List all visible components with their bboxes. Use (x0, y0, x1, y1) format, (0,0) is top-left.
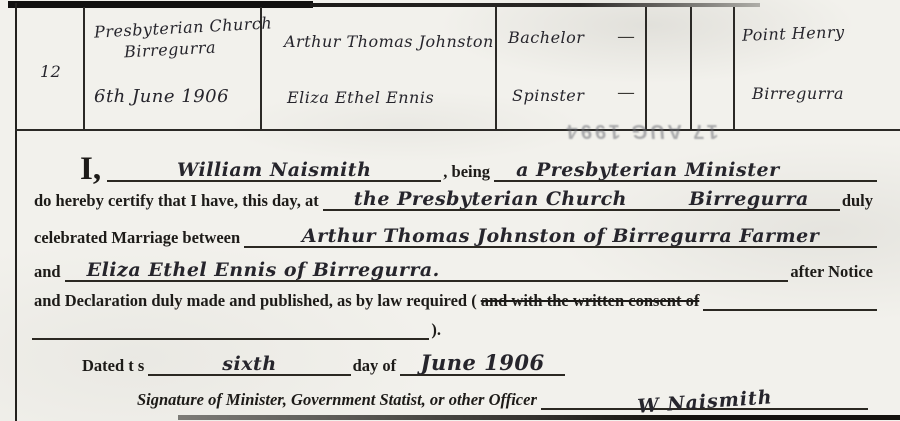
day-word: sixth (222, 355, 276, 374)
printed-after-notice: after Notice (788, 262, 877, 282)
printed-certify: do hereby certify that I have, this day,… (32, 191, 323, 211)
condition-dash-1: — (618, 28, 634, 46)
line-consent-close: ). (32, 318, 445, 340)
line-minister: I, William Naismith , being a Presbyteri… (32, 150, 877, 182)
column-divider-1 (83, 7, 85, 130)
minister-name: William Naismith (177, 161, 371, 180)
left-border (15, 3, 17, 421)
groom-full-line: Arthur Thomas Johnston of Birregurra Far… (302, 227, 819, 246)
line-certify: do hereby certify that I have, this day,… (32, 184, 877, 211)
line-declaration: and Declaration duly made and published,… (32, 284, 877, 311)
marriage-date: 6th June 1906 (94, 86, 229, 107)
printed-day-of: day of (351, 356, 401, 376)
bride-full-line: Eliza Ethel Ennis of Birregurra. (87, 261, 440, 280)
top-border-heavy (8, 1, 313, 8)
printed-being: , being (441, 162, 494, 182)
place-rule: the Presbyterian Church Birregurra (323, 182, 840, 211)
printed-celebrated: celebrated Marriage between (32, 228, 244, 248)
groom-condition: Bachelor (508, 28, 584, 47)
consent-rule-2 (32, 316, 429, 340)
bride-name: Eliza Ethel Ennis (287, 88, 434, 107)
bride-rule: Eliza Ethel Ennis of Birregurra. (65, 253, 789, 282)
bottom-border (178, 415, 900, 420)
entry-number: 12 (40, 62, 61, 81)
groom-name: Arthur Thomas Johnston (284, 32, 494, 51)
minister-signature: W Naismith (636, 388, 772, 416)
groom-residence: Point Henry (742, 22, 845, 45)
month-year-rule: June 1906 (400, 344, 565, 376)
printed-i: I, (32, 156, 107, 182)
minister-title-rule: a Presbyterian Minister (494, 148, 877, 182)
signature-label: Signature of Minister, Government Statis… (137, 390, 541, 410)
printed-close-paren: ). (429, 320, 445, 340)
line-bride: and Eliza Ethel Ennis of Birregurra. aft… (32, 255, 877, 282)
place-town: Birregurra (689, 190, 809, 209)
register-row-bottom-rule (15, 129, 900, 131)
church-place: Birregurra (124, 38, 217, 62)
date-stamp: 17 AUG 1994 (557, 110, 724, 142)
bride-residence: Birregurra (752, 84, 844, 103)
consent-rule (703, 282, 877, 311)
printed-dated: Dated t s (80, 356, 148, 376)
minister-title: a Presbyterian Minister (516, 161, 780, 180)
top-border-fade (310, 3, 760, 7)
printed-and: and (32, 262, 65, 282)
place-church: the Presbyterian Church (354, 190, 627, 209)
groom-rule: Arthur Thomas Johnston of Birregurra Far… (244, 219, 877, 248)
column-divider-6 (733, 7, 735, 130)
line-groom: celebrated Marriage between Arthur Thoma… (32, 221, 877, 248)
condition-dash-2: — (618, 84, 634, 102)
signature-rule: W Naismith (541, 376, 868, 410)
month-year: June 1906 (421, 353, 545, 374)
column-divider-3 (495, 7, 497, 130)
bride-condition: Spinster (512, 86, 584, 105)
day-word-rule: sixth (148, 344, 350, 376)
printed-declaration: and Declaration duly made and published,… (32, 291, 481, 311)
line-dated: Dated t s sixth day of June 1906 (80, 346, 565, 376)
minister-name-rule: William Naismith (107, 148, 441, 182)
struck-consent-text: and with the written consent of (481, 291, 704, 311)
line-signature: Signature of Minister, Government Statis… (137, 378, 868, 410)
marriage-certificate-scan: 12 Presbyterian Church Birregurra 6th Ju… (0, 0, 900, 421)
printed-duly: duly (840, 191, 877, 211)
church-name: Presbyterian Church (94, 13, 273, 41)
